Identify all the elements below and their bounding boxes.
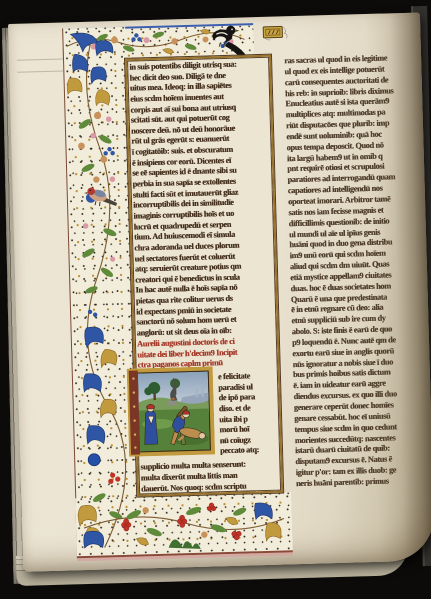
grass-tuft: [168, 539, 200, 550]
initial-below-text: supplicio multa multa senserunt:multa di…: [140, 459, 280, 496]
gold-folio-badge: [262, 23, 292, 42]
ruling-line: [17, 70, 63, 72]
border-flora-bottom: [75, 492, 293, 556]
finch-icon: [82, 179, 119, 212]
manuscript-page: in suis potentibs diligit utrisq sua:hec…: [8, 12, 431, 571]
miniature-cain-slaying-abel: [127, 366, 215, 456]
left-text-column: in suis potentibs diligit utrisq sua:hec…: [129, 59, 276, 339]
initial-side-text: e felicitateparadisi ulde ipō paradiso. …: [218, 371, 279, 458]
manuscript-photo: in suis potentibs diligit utrisq sua:hec…: [0, 0, 431, 599]
text-line: peccato atq:: [220, 445, 279, 457]
ruling-line: [17, 58, 63, 60]
